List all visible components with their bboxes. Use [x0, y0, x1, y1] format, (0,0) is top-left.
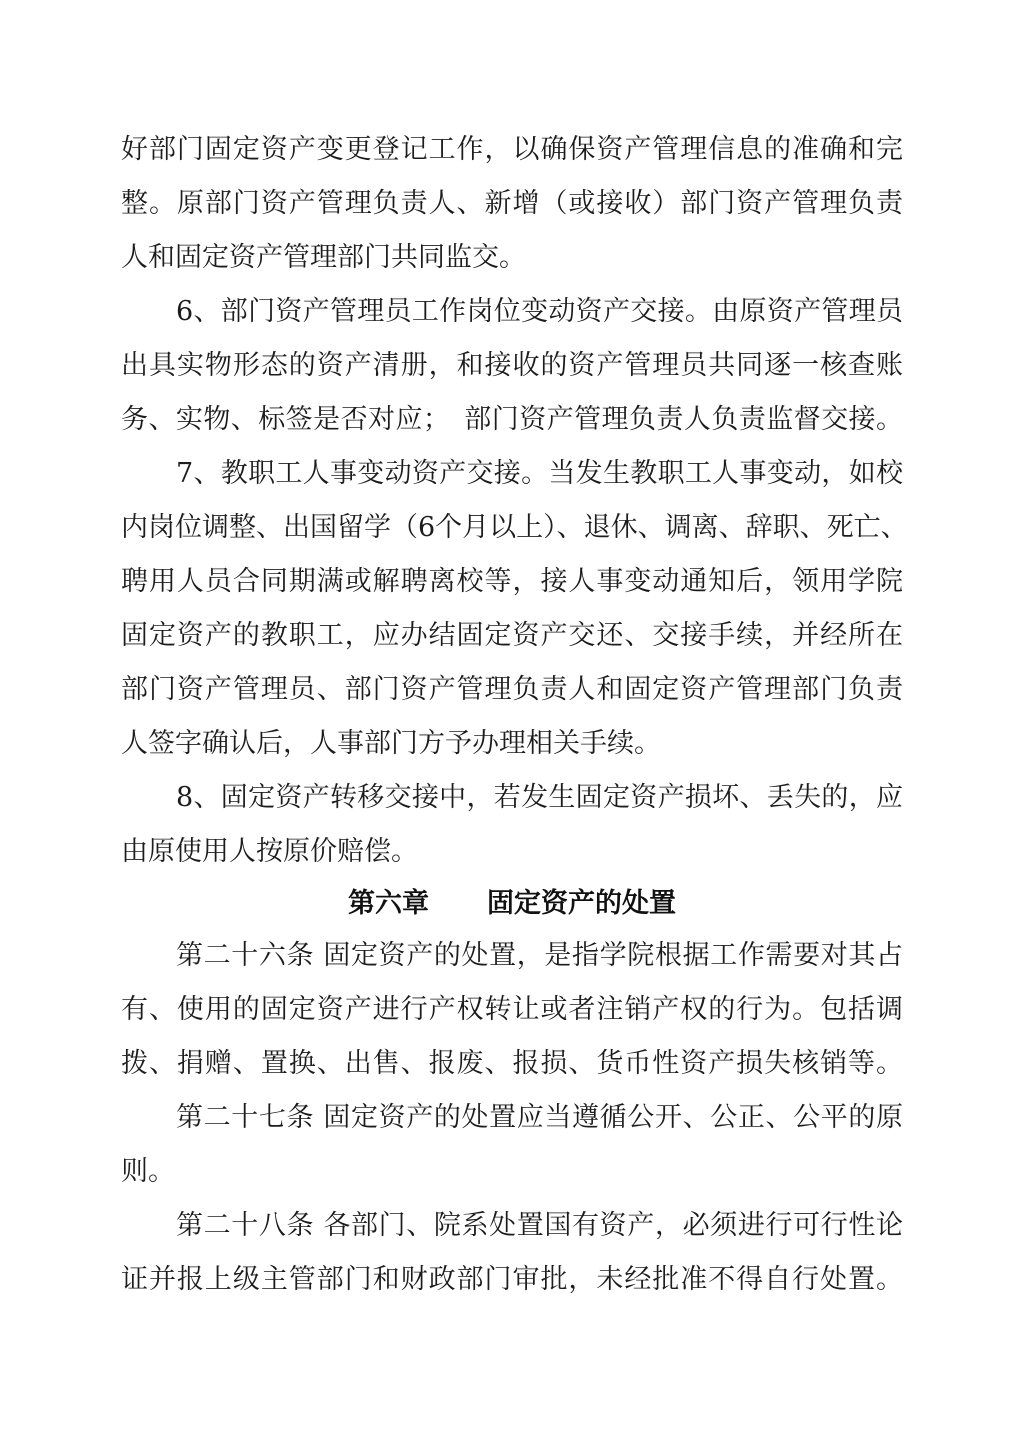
paragraph-line: 固定资产的教职工，应办结固定资产交还、交接手续，并经所在: [121, 616, 903, 656]
chapter-number: 第六章: [348, 888, 429, 919]
paragraph-line: 整。原部门资产管理负责人、新增（或接收）部门资产管理负责: [121, 184, 903, 224]
paragraph-line: 好部门固定资产变更登记工作，以确保资产管理信息的准确和完: [121, 130, 903, 170]
document-page: 好部门固定资产变更登记工作，以确保资产管理信息的准确和完 整。原部门资产管理负责…: [0, 0, 1024, 1448]
article-line: 有、使用的固定资产进行产权转让或者注销产权的行为。包括调: [121, 990, 903, 1030]
paragraph-line: 7、教职工人事变动资产交接。当发生教职工人事变动，如校: [176, 454, 903, 494]
paragraph-line: 出具实物形态的资产清册，和接收的资产管理员共同逐一核查账: [121, 346, 903, 386]
article-line: 第二十八条 各部门、院系处置国有资产，必须进行可行性论: [176, 1206, 903, 1246]
paragraph-line: 部门资产管理员、部门资产管理负责人和固定资产管理部门负责: [121, 670, 903, 710]
article-line: 第二十六条 固定资产的处置，是指学院根据工作需要对其占: [176, 936, 903, 976]
article-line: 证并报上级主管部门和财政部门审批，未经批准不得自行处置。: [121, 1260, 903, 1300]
paragraph-line: 6、部门资产管理员工作岗位变动资产交接。由原资产管理员: [176, 292, 903, 332]
article-line: 拨、捐赠、置换、出售、报废、报损、货币性资产损失核销等。: [121, 1044, 903, 1084]
chapter-heading: 第六章固定资产的处置: [0, 882, 1024, 926]
article-line: 第二十七条 固定资产的处置应当遵循公开、公正、公平的原: [176, 1098, 903, 1138]
paragraph-line: 8、固定资产转移交接中，若发生固定资产损坏、丢失的，应: [176, 778, 903, 818]
paragraph-line: 务、实物、标签是否对应； 部门资产管理负责人负责监督交接。: [121, 400, 903, 440]
paragraph-line: 人和固定资产管理部门共同监交。: [121, 238, 903, 278]
paragraph-line: 内岗位调整、出国留学（6个月以上）、退休、调离、辞职、死亡、: [121, 508, 903, 548]
chapter-title: 固定资产的处置: [487, 888, 676, 919]
paragraph-line: 人签字确认后，人事部门方予办理相关手续。: [121, 724, 903, 764]
paragraph-line: 由原使用人按原价赔偿。: [121, 832, 903, 872]
paragraph-line: 聘用人员合同期满或解聘离校等，接人事变动通知后，领用学院: [121, 562, 903, 602]
article-line: 则。: [121, 1152, 903, 1192]
